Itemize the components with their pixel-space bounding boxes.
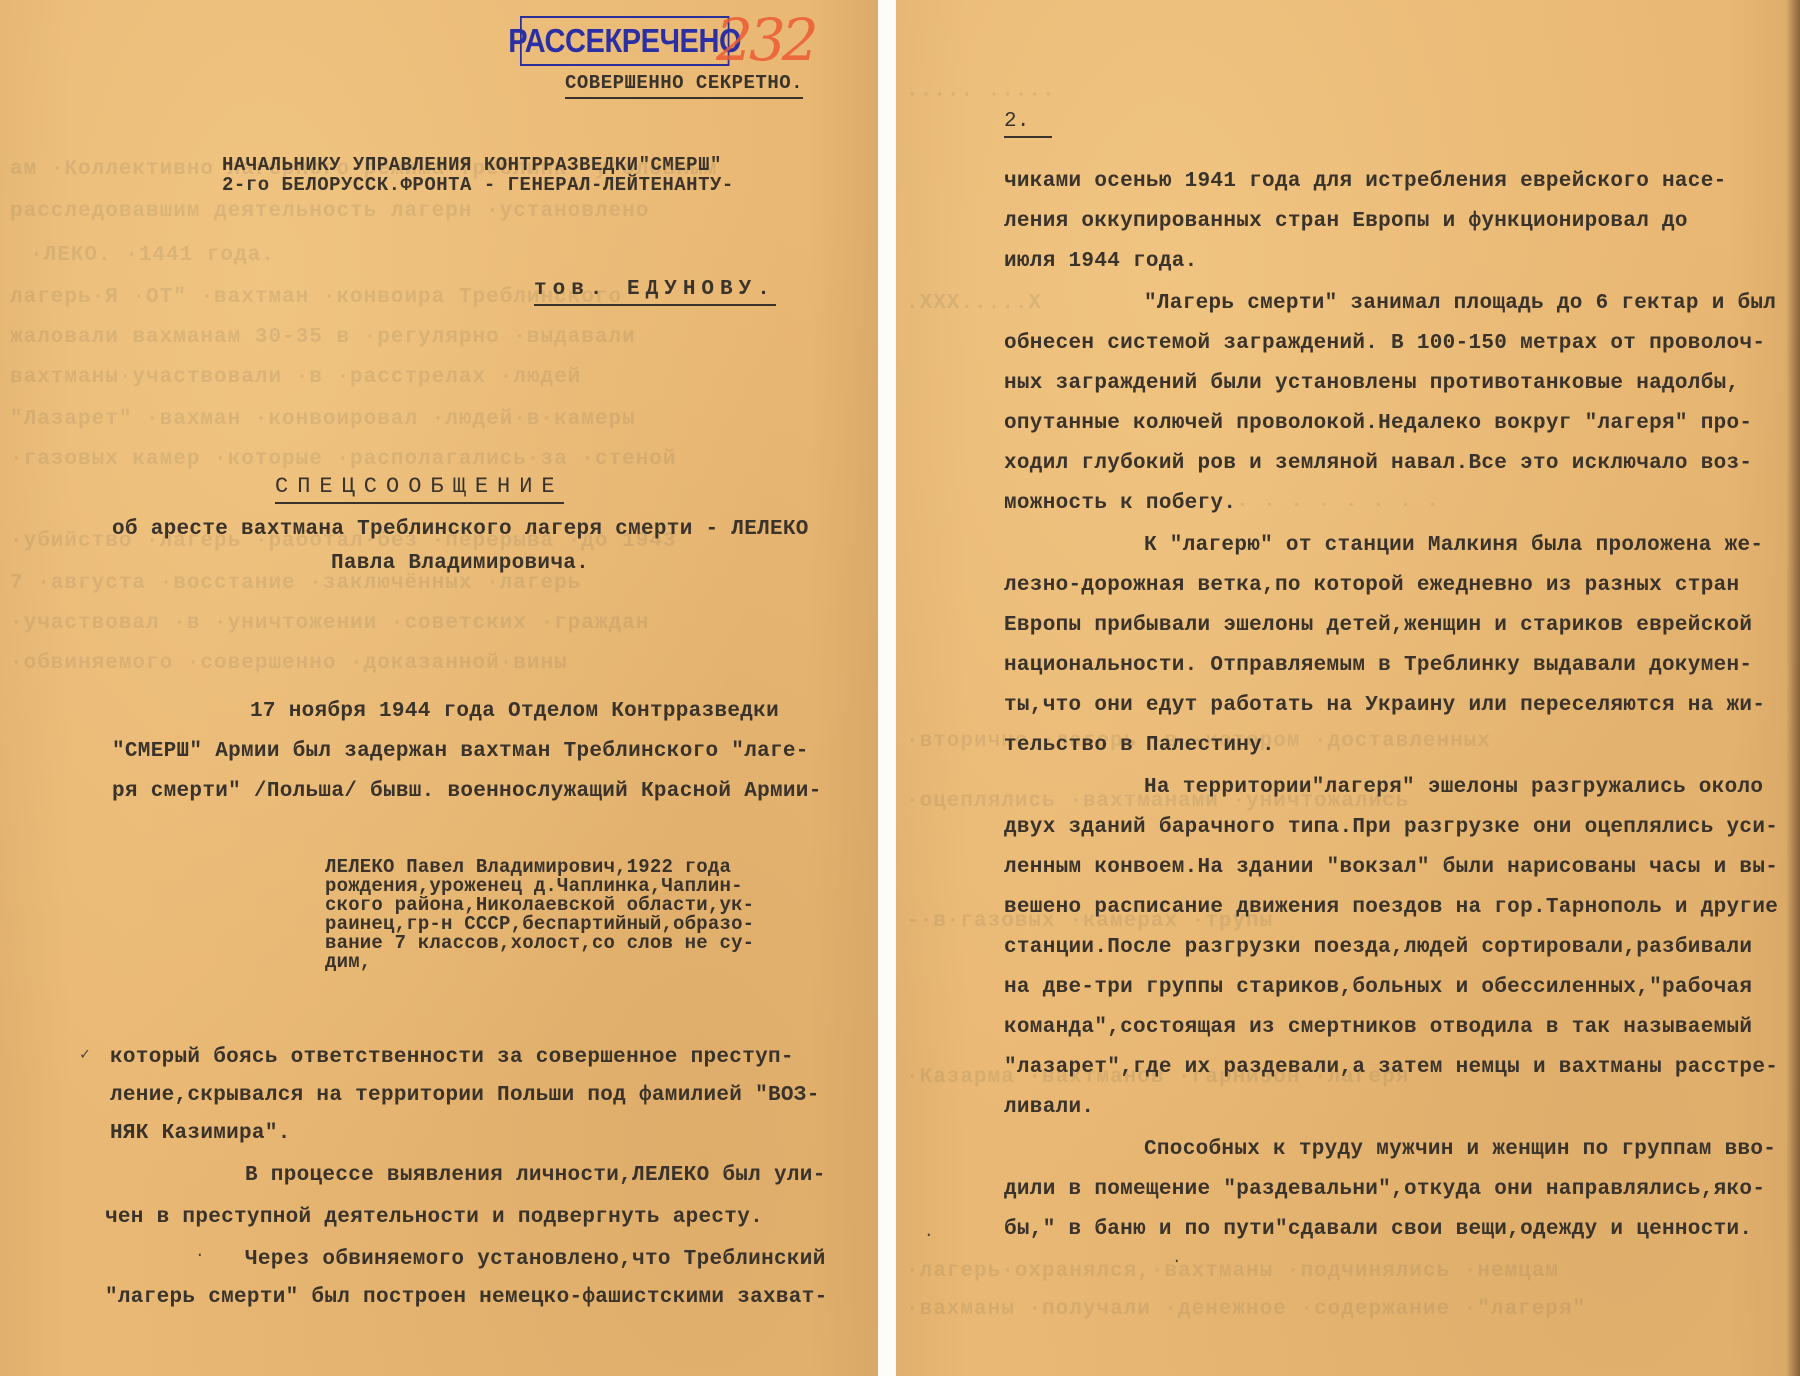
archive-page-number: 232 xyxy=(716,6,815,74)
body-line: опутанные колючей проволокой.Недалеко во… xyxy=(1004,412,1752,435)
body-line: бы," в баню и по пути"сдавали свои вещи,… xyxy=(1004,1218,1752,1241)
paragraph-1-line-2: "СМЕРШ" Армии был задержан вахтман Требл… xyxy=(112,740,809,763)
ink-dot: · xyxy=(1172,1252,1182,1270)
bleed-through-text: .XXX.....X xyxy=(906,292,1042,315)
ink-dot: · xyxy=(924,1226,934,1244)
declassified-stamp: РАССЕКРЕЧЕНО xyxy=(520,16,729,66)
body-line: Способных к труду мужчин и женщин по гру… xyxy=(1144,1138,1776,1161)
classification-label: СОВЕРШЕННО СЕКРЕТНО. xyxy=(565,72,803,99)
body-line: ленным конвоем.На здании "вокзал" были н… xyxy=(1004,856,1778,879)
paragraph-2-line-2: ление,скрывался на территории Польши под… xyxy=(110,1084,820,1107)
paragraph-4-line-2: "лагерь смерти" был построен немецко-фаш… xyxy=(105,1286,828,1309)
addressee-line-1: НАЧАЛЬНИКУ УПРАВЛЕНИЯ КОНТРРАЗВЕДКИ"СМЕР… xyxy=(222,154,722,176)
bleed-through-text: ·участвовал ·в ·уничтожении ·советских ·… xyxy=(10,612,649,635)
body-line: тельство в Палестину. xyxy=(1004,734,1275,757)
body-line: ления оккупированных стран Европы и функ… xyxy=(1004,210,1688,233)
body-line: ных заграждений были установлены противо… xyxy=(1004,372,1739,395)
bleed-through-text: лагерь·Я ·ОТ" ·вахтман ·конвоира Треблин… xyxy=(10,286,622,309)
document-page-left: ам ·Коллективно лагерного режима Треблин… xyxy=(0,0,878,1376)
paragraph-4-line-1: Через обвиняемого установлено,что Требли… xyxy=(245,1248,826,1271)
bleed-through-text: ·ЛЕКО. ·1441 года. xyxy=(30,244,275,267)
bleed-through-text: ····· ····· xyxy=(906,84,1056,107)
body-line: чиками осенью 1941 года для истребления … xyxy=(1004,170,1727,193)
document-page-right: ····· ····· .XXX.....X . . . . . . . . ·… xyxy=(896,0,1800,1376)
document-title: СПЕЦСООБЩЕНИЕ xyxy=(275,474,564,504)
bleed-through-text: ·обвиняемого ·совершенно ·доказанной·вин… xyxy=(10,652,568,675)
body-line: вешено расписание движения поездов на го… xyxy=(1004,896,1778,919)
body-line: станции.После разгрузки поезда,людей сор… xyxy=(1004,936,1752,959)
body-line: "лазарет",где их раздевали,а затем немцы… xyxy=(1004,1056,1778,1079)
bleed-through-text: . . . . . . . . xyxy=(1236,490,1440,513)
body-line: национальности. Отправляемым в Треблинку… xyxy=(1004,654,1752,677)
body-line: ходил глубокий ров и земляной навал.Все … xyxy=(1004,452,1752,475)
body-line: Европы прибывали эшелоны детей,женщин и … xyxy=(1004,614,1752,637)
body-line: на две-три группы стариков,больных и обе… xyxy=(1004,976,1752,999)
body-line: команда",состоящая из смертников отводил… xyxy=(1004,1016,1752,1039)
body-line: обнесен системой заграждений. В 100-150 … xyxy=(1004,332,1765,355)
paragraph-2-line-1: который боясь ответственности за соверше… xyxy=(110,1046,794,1069)
ink-dot: · xyxy=(195,1246,205,1264)
document-subtitle-line-2: Павла Владимировича. xyxy=(331,552,589,575)
body-line: дили в помещение "раздевальни",откуда он… xyxy=(1004,1178,1765,1201)
addressee-line-2: 2-го БЕЛОРУССК.ФРОНТА - ГЕНЕРАЛ-ЛЕЙТЕНАН… xyxy=(222,174,734,196)
body-line: июля 1944 года. xyxy=(1004,250,1198,273)
body-line: К "лагерю" от станции Малкиня была проло… xyxy=(1144,534,1763,557)
personal-data-line-6: дим, xyxy=(325,953,371,972)
bleed-through-text: ·лагерь·охранялся,·вахтманы ·подчинялись… xyxy=(906,1260,1559,1283)
personal-data-line-5: вание 7 классов,холост,со слов не су- xyxy=(325,934,754,953)
page-number: 2. xyxy=(1004,110,1052,138)
paragraph-1-line-1: 17 ноября 1944 года Отделом Контрразведк… xyxy=(250,700,779,723)
declassified-stamp-label: РАССЕКРЕЧЕНО xyxy=(508,22,741,60)
body-line: лезно-дорожная ветка,по которой ежедневн… xyxy=(1004,574,1739,597)
paragraph-1-line-3: ря смерти" /Польша/ бывш. военнослужащий… xyxy=(112,780,822,803)
bleed-through-text: "Лазарет" ·вахман ·конвоировал ·людей·в·… xyxy=(10,408,636,431)
paragraph-2-line-3: НЯК Казимира". xyxy=(110,1122,291,1145)
pencil-tick-mark: ✓ xyxy=(80,1044,90,1064)
bleed-through-text: вахтманы·участвовали ·в ·расстрелах ·люд… xyxy=(10,366,581,389)
body-line: ты,что они едут работать на Украину или … xyxy=(1004,694,1765,717)
bleed-through-text: 7 ·августа ·восстание ·заключённых ·лаге… xyxy=(10,572,581,595)
body-line: На территории"лагеря" эшелоны разгружали… xyxy=(1144,776,1763,799)
body-line: ливали. xyxy=(1004,1096,1094,1119)
bleed-through-text: жаловали вахманам 30-35 в ·регулярно ·вы… xyxy=(10,326,636,349)
page-gutter xyxy=(878,0,896,1376)
body-line: двух зданий барачного типа.При разгрузке… xyxy=(1004,816,1778,839)
page-edge-shadow xyxy=(1786,0,1800,1376)
bleed-through-text: ·вахманы ·получали ·денежное ·содержание… xyxy=(906,1298,1586,1321)
body-line: можность к побегу. xyxy=(1004,492,1236,515)
bleed-through-text: ·газовых камер ·которые ·располагались·з… xyxy=(10,448,677,471)
bleed-through-text: расследовавшим деятельность лагерн ·уста… xyxy=(10,200,649,223)
paragraph-3-line-1: В процессе выявления личности,ЛЕЛЕКО был… xyxy=(245,1164,826,1187)
body-line: "Лагерь смерти" занимал площадь до 6 гек… xyxy=(1144,292,1776,315)
paragraph-3-line-2: чен в преступной деятельности и подвергн… xyxy=(105,1206,763,1229)
recipient-name: тов. ЕДУНОВУ. xyxy=(534,278,776,306)
document-subtitle-line-1: об аресте вахтмана Треблинского лагеря с… xyxy=(112,518,809,541)
